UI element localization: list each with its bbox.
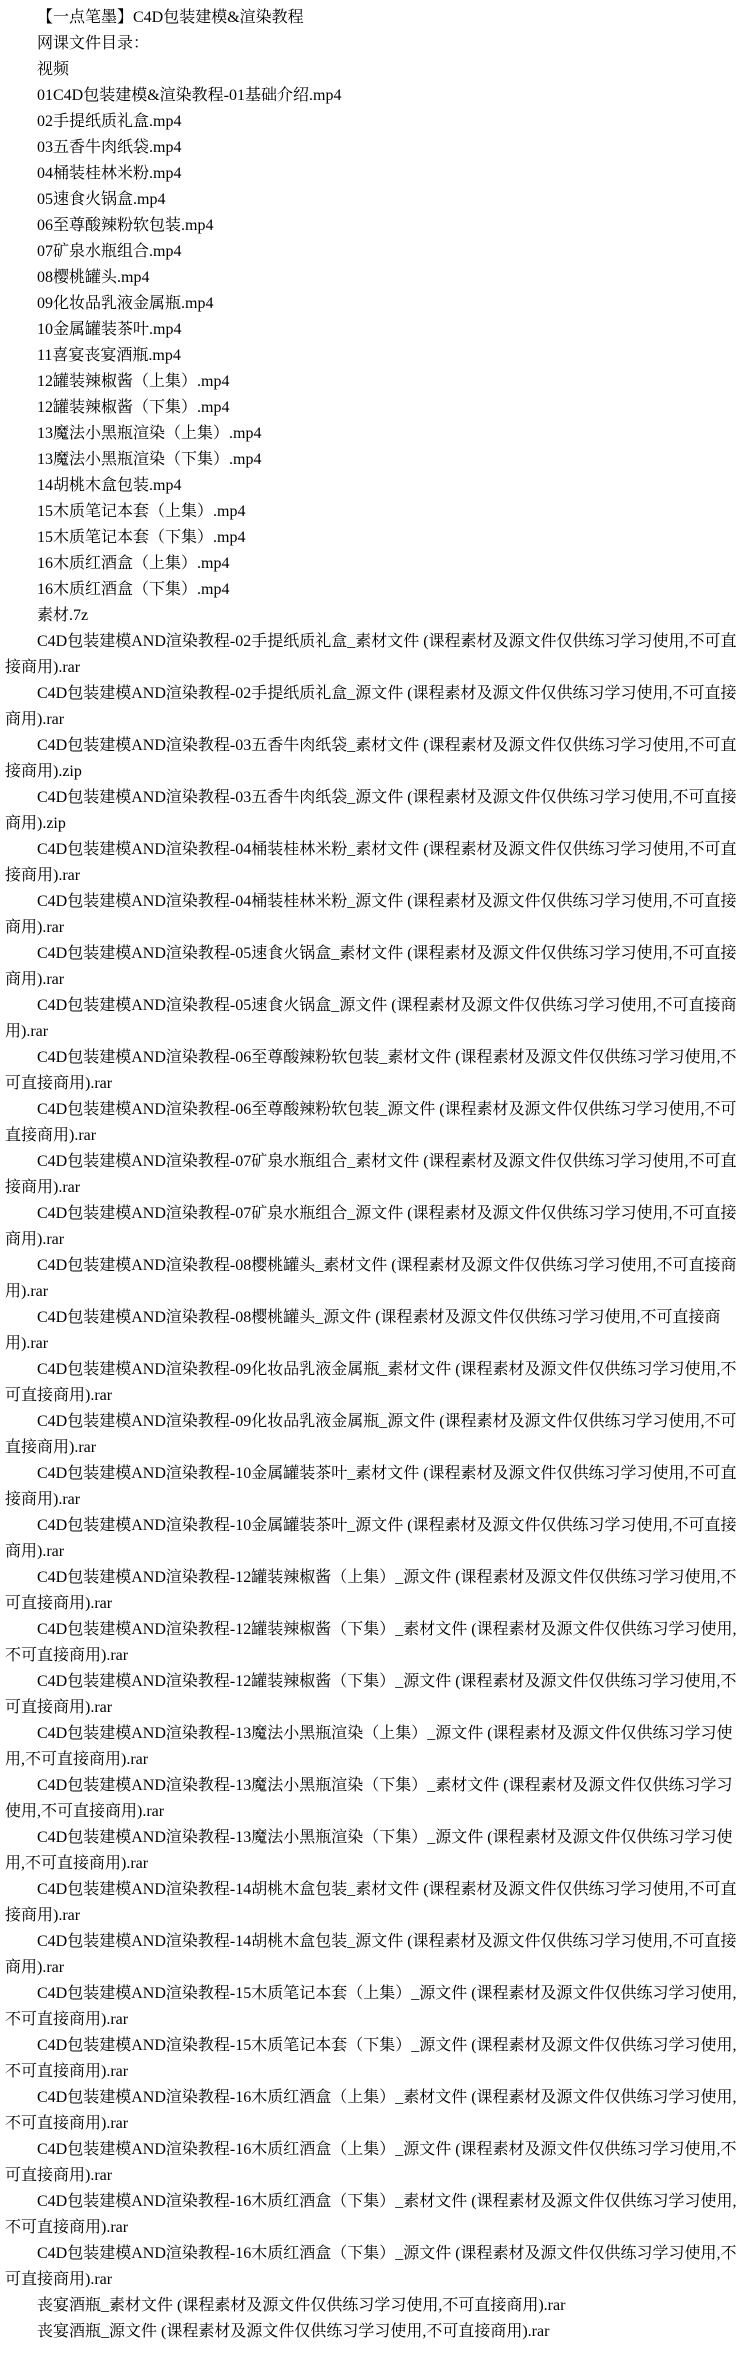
video-file-item: 16木质红酒盒（下集）.mp4 — [5, 577, 746, 603]
video-file-item: 13魔法小黑瓶渲染（上集）.mp4 — [5, 421, 746, 447]
video-file-item: 05速食火锅盒.mp4 — [5, 187, 746, 213]
material-file-item: C4D包装建模AND渲染教程-14胡桃木盒包装_源文件 (课程素材及源文件仅供练… — [5, 1929, 746, 1981]
folder-label-videos: 视频 — [5, 57, 746, 83]
material-file-item: C4D包装建模AND渲染教程-14胡桃木盒包装_素材文件 (课程素材及源文件仅供… — [5, 1877, 746, 1929]
material-file-item: C4D包装建模AND渲染教程-13魔法小黑瓶渲染（上集）_源文件 (课程素材及源… — [5, 1721, 746, 1773]
material-file-item: C4D包装建模AND渲染教程-06至尊酸辣粉软包装_素材文件 (课程素材及源文件… — [5, 1045, 746, 1097]
video-file-item: 15木质笔记本套（上集）.mp4 — [5, 499, 746, 525]
material-file-item: C4D包装建模AND渲染教程-16木质红酒盒（下集）_素材文件 (课程素材及源文… — [5, 2189, 746, 2241]
material-file-item: C4D包装建模AND渲染教程-13魔法小黑瓶渲染（下集）_素材文件 (课程素材及… — [5, 1773, 746, 1825]
material-file-item: C4D包装建模AND渲染教程-12罐装辣椒酱（下集）_素材文件 (课程素材及源文… — [5, 1617, 746, 1669]
material-file-item: C4D包装建模AND渲染教程-15木质笔记本套（上集）_源文件 (课程素材及源文… — [5, 1981, 746, 2033]
material-file-item: C4D包装建模AND渲染教程-05速食火锅盒_素材文件 (课程素材及源文件仅供练… — [5, 941, 746, 993]
material-file-item: C4D包装建模AND渲染教程-15木质笔记本套（下集）_源文件 (课程素材及源文… — [5, 2033, 746, 2085]
material-file-item: C4D包装建模AND渲染教程-09化妆品乳液金属瓶_源文件 (课程素材及源文件仅… — [5, 1409, 746, 1461]
material-file-item: C4D包装建模AND渲染教程-16木质红酒盒（下集）_源文件 (课程素材及源文件… — [5, 2241, 746, 2293]
video-file-list: 01C4D包装建模&渲染教程-01基础介绍.mp402手提纸质礼盒.mp403五… — [5, 83, 746, 603]
video-file-item: 12罐装辣椒酱（上集）.mp4 — [5, 369, 746, 395]
material-file-item: C4D包装建模AND渲染教程-04桶装桂林米粉_源文件 (课程素材及源文件仅供练… — [5, 889, 746, 941]
material-file-item: C4D包装建模AND渲染教程-10金属罐装茶叶_源文件 (课程素材及源文件仅供练… — [5, 1513, 746, 1565]
video-file-item: 16木质红酒盒（上集）.mp4 — [5, 551, 746, 577]
material-file-item: C4D包装建模AND渲染教程-03五香牛肉纸袋_源文件 (课程素材及源文件仅供练… — [5, 785, 746, 837]
material-file-item: C4D包装建模AND渲染教程-07矿泉水瓶组合_素材文件 (课程素材及源文件仅供… — [5, 1149, 746, 1201]
material-file-item: C4D包装建模AND渲染教程-13魔法小黑瓶渲染（下集）_源文件 (课程素材及源… — [5, 1825, 746, 1877]
video-file-item: 06至尊酸辣粉软包装.mp4 — [5, 213, 746, 239]
page-title: 【一点笔墨】C4D包装建模&渲染教程 — [5, 5, 746, 31]
video-file-item: 04桶装桂林米粉.mp4 — [5, 161, 746, 187]
video-file-item: 13魔法小黑瓶渲染（下集）.mp4 — [5, 447, 746, 473]
material-file-item: C4D包装建模AND渲染教程-12罐装辣椒酱（下集）_源文件 (课程素材及源文件… — [5, 1669, 746, 1721]
video-file-item: 10金属罐装茶叶.mp4 — [5, 317, 746, 343]
material-file-item: C4D包装建模AND渲染教程-04桶装桂林米粉_素材文件 (课程素材及源文件仅供… — [5, 837, 746, 889]
material-file-item: C4D包装建模AND渲染教程-08樱桃罐头_源文件 (课程素材及源文件仅供练习学… — [5, 1305, 746, 1357]
video-file-item: 07矿泉水瓶组合.mp4 — [5, 239, 746, 265]
material-file-item: C4D包装建模AND渲染教程-05速食火锅盒_源文件 (课程素材及源文件仅供练习… — [5, 993, 746, 1045]
video-file-item: 14胡桃木盒包装.mp4 — [5, 473, 746, 499]
material-file-item: C4D包装建模AND渲染教程-12罐装辣椒酱（上集）_源文件 (课程素材及源文件… — [5, 1565, 746, 1617]
video-file-item: 11喜宴丧宴酒瓶.mp4 — [5, 343, 746, 369]
material-file-item: C4D包装建模AND渲染教程-16木质红酒盒（上集）_素材文件 (课程素材及源文… — [5, 2085, 746, 2137]
video-file-item: 02手提纸质礼盒.mp4 — [5, 109, 746, 135]
material-file-list: C4D包装建模AND渲染教程-02手提纸质礼盒_素材文件 (课程素材及源文件仅供… — [5, 629, 746, 2345]
material-archive-label: 素材.7z — [5, 603, 746, 629]
video-file-item: 15木质笔记本套（下集）.mp4 — [5, 525, 746, 551]
video-file-item: 03五香牛肉纸袋.mp4 — [5, 135, 746, 161]
video-file-item: 09化妆品乳液金属瓶.mp4 — [5, 291, 746, 317]
material-file-item: C4D包装建模AND渲染教程-10金属罐装茶叶_素材文件 (课程素材及源文件仅供… — [5, 1461, 746, 1513]
material-file-item: C4D包装建模AND渲染教程-02手提纸质礼盒_素材文件 (课程素材及源文件仅供… — [5, 629, 746, 681]
directory-label: 网课文件目录： — [5, 31, 746, 57]
material-file-item: C4D包装建模AND渲染教程-07矿泉水瓶组合_源文件 (课程素材及源文件仅供练… — [5, 1201, 746, 1253]
course-file-directory-document: 【一点笔墨】C4D包装建模&渲染教程 网课文件目录： 视频 01C4D包装建模&… — [0, 0, 750, 2353]
material-file-item: 丧宴酒瓶_素材文件 (课程素材及源文件仅供练习学习使用,不可直接商用).rar — [5, 2293, 746, 2319]
video-file-item: 01C4D包装建模&渲染教程-01基础介绍.mp4 — [5, 83, 746, 109]
material-file-item: C4D包装建模AND渲染教程-03五香牛肉纸袋_素材文件 (课程素材及源文件仅供… — [5, 733, 746, 785]
video-file-item: 08樱桃罐头.mp4 — [5, 265, 746, 291]
material-file-item: C4D包装建模AND渲染教程-08樱桃罐头_素材文件 (课程素材及源文件仅供练习… — [5, 1253, 746, 1305]
video-file-item: 12罐装辣椒酱（下集）.mp4 — [5, 395, 746, 421]
material-file-item: C4D包装建模AND渲染教程-09化妆品乳液金属瓶_素材文件 (课程素材及源文件… — [5, 1357, 746, 1409]
material-file-item: C4D包装建模AND渲染教程-06至尊酸辣粉软包装_源文件 (课程素材及源文件仅… — [5, 1097, 746, 1149]
material-file-item: 丧宴酒瓶_源文件 (课程素材及源文件仅供练习学习使用,不可直接商用).rar — [5, 2319, 746, 2345]
material-file-item: C4D包装建模AND渲染教程-02手提纸质礼盒_源文件 (课程素材及源文件仅供练… — [5, 681, 746, 733]
material-file-item: C4D包装建模AND渲染教程-16木质红酒盒（上集）_源文件 (课程素材及源文件… — [5, 2137, 746, 2189]
